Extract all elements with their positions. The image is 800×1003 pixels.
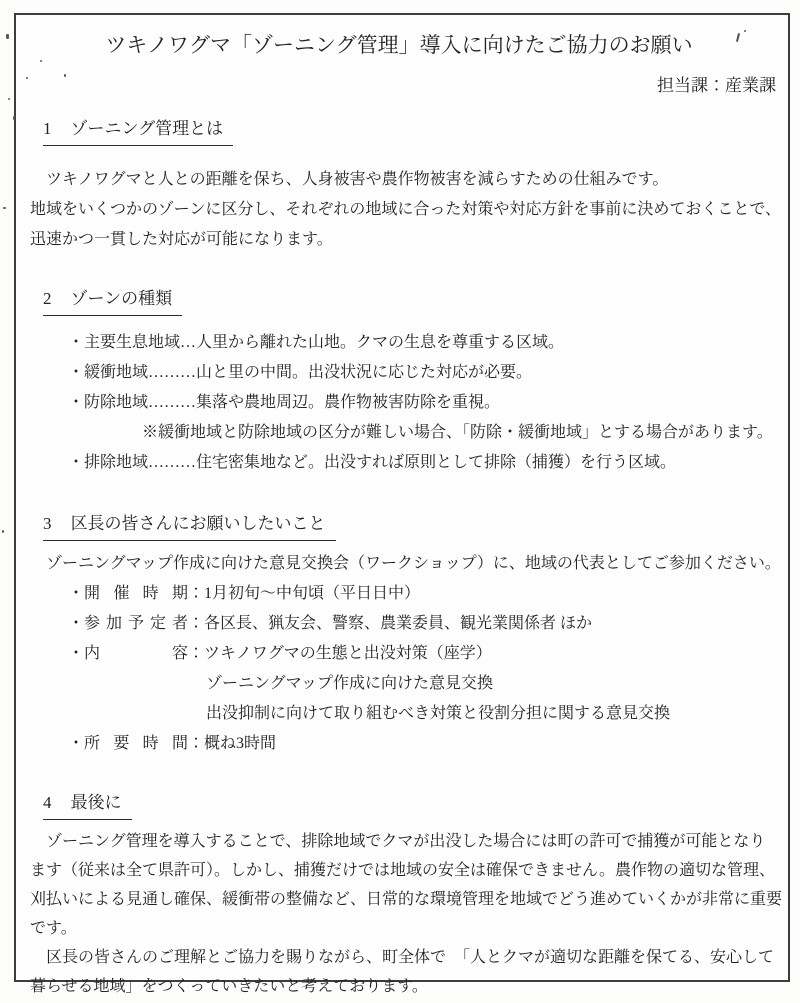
- zone-list: ・主要生息地域…人里から離れた山地。クマの生息を尊重する区域。 ・緩衝地域…………: [30, 328, 782, 478]
- detail-label: 内容: [84, 639, 188, 669]
- workshop-intro: ゾーニングマップ作成に向けた意見交換会（ワークショップ）に、地域の代表としてご参…: [30, 549, 782, 579]
- detail-continuation: 出没抑制に向けて取り組むべき対策と役割分担に関する意見交換: [206, 699, 782, 729]
- scanned-document-page: ツキノワグマ「ゾーニング管理」導入に向けたご協力のお願い 担当課：産業課 1ゾー…: [0, 0, 800, 1003]
- section-number: 4: [43, 793, 52, 812]
- detail-row: ・参加予定者：各区長、猟友会、警察、農業委員、観光業関係者 ほか: [68, 609, 782, 639]
- section-3-heading: 3区長の皆さんにお願いしたいこと: [43, 512, 782, 541]
- closing-paragraph-line: 刈払いによる見通し確保、緩衝帯の整備など、日常的な環境管理を地域でどう進めていく…: [30, 885, 782, 914]
- document-content: ツキノワグマ「ゾーニング管理」導入に向けたご協力のお願い 担当課：産業課 1ゾー…: [30, 30, 782, 1001]
- zone-item: ・防除地域………集落や農地周辺。農作物被害防除を重視。: [68, 388, 782, 418]
- detail-marker: ・: [68, 585, 84, 602]
- document-title: ツキノワグマ「ゾーニング管理」導入に向けたご協力のお願い: [30, 30, 782, 60]
- detail-marker: ・: [68, 645, 84, 662]
- zone-note: ※緩衝地域と防除地域の区分が難しい場合、「防除・緩衝地域」とする場合があります。: [142, 418, 782, 448]
- byline: 担当課：産業課: [30, 71, 782, 101]
- section-1-heading: 1ゾーニング管理とは: [43, 117, 782, 146]
- closing-paragraph-line: です。: [30, 914, 782, 943]
- scan-speck: [8, 98, 10, 100]
- section-4-underline: 4最後に: [43, 791, 132, 820]
- scan-speck: [3, 207, 6, 209]
- section-number: 1: [43, 119, 52, 138]
- section-3-underline: 3区長の皆さんにお願いしたいこと: [43, 512, 336, 541]
- zone-item: ・主要生息地域…人里から離れた山地。クマの生息を尊重する区域。: [68, 328, 782, 358]
- scan-speck: [13, 116, 15, 120]
- detail-marker: ・: [68, 615, 84, 632]
- detail-label: 所要時間: [84, 729, 188, 759]
- detail-value: 各区長、猟友会、警察、農業委員、観光業関係者 ほか: [204, 615, 592, 632]
- detail-colon: ：: [188, 585, 204, 602]
- closing-paragraph-line: ます（従来は全て県許可）。しかし、捕獲だけでは地域の安全は確保できません。農作物…: [30, 856, 782, 885]
- zone-item: ・排除地域………住宅密集地など。出没すれば原則として排除（捕獲）を行う区域。: [68, 448, 782, 478]
- section-number: 3: [43, 514, 52, 533]
- section-heading-text: 最後に: [71, 793, 122, 812]
- closing-paragraph-line: 区長の皆さんのご理解とご協力を賜りながら、町全体で 「人とクマが適切な距離を保て…: [30, 943, 782, 972]
- detail-value: 1月初旬～中旬頃（平日日中）: [204, 585, 420, 602]
- detail-colon: ：: [188, 645, 204, 662]
- detail-colon: ：: [188, 735, 204, 752]
- detail-colon: ：: [188, 615, 204, 632]
- scan-speck: [26, 77, 28, 79]
- paragraph-line: ツキノワグマと人との距離を保ち、人身被害や農作物被害を減らすための仕組みです。: [30, 165, 782, 195]
- section-2-underline: 2ゾーンの種類: [43, 287, 182, 316]
- closing-paragraph-line: 暮らせる地域」をつくっていきたいと考えております。: [30, 972, 782, 1001]
- detail-label: 参加予定者: [84, 609, 188, 639]
- section-heading-text: ゾーニング管理とは: [71, 119, 224, 138]
- scan-speck: [6, 34, 9, 39]
- detail-value: ツキノワグマの生態と出没対策（座学）: [204, 645, 492, 662]
- detail-continuation: ゾーニングマップ作成に向けた意見交換: [206, 669, 782, 699]
- detail-row: ・開催時期：1月初旬～中旬頃（平日日中）: [68, 579, 782, 609]
- closing-paragraph-line: ゾーニング管理を導入することで、排除地域でクマが出没した場合には町の許可で捕獲が…: [30, 827, 782, 856]
- section-1-underline: 1ゾーニング管理とは: [43, 117, 233, 146]
- scan-speck: [2, 530, 4, 533]
- section-2-heading: 2ゾーンの種類: [43, 287, 782, 316]
- detail-marker: ・: [68, 735, 84, 752]
- section-number: 2: [43, 289, 52, 308]
- detail-row: ・所要時間：概ね3時間: [68, 729, 782, 759]
- paragraph-line: 迅速かつ一貫した対応が可能になります。: [30, 225, 782, 255]
- detail-label: 開催時期: [84, 579, 188, 609]
- section-heading-text: ゾーンの種類: [71, 289, 173, 308]
- detail-value: 概ね3時間: [204, 735, 276, 752]
- section-heading-text: 区長の皆さんにお願いしたいこと: [71, 514, 326, 533]
- section-4-heading: 4最後に: [43, 791, 782, 820]
- paragraph-line: 地域をいくつかのゾーンに区分し、それぞれの地域に合った対策や対応方針を事前に決め…: [30, 195, 782, 225]
- zone-item: ・緩衝地域………山と里の中間。出没状況に応じた対応が必要。: [68, 358, 782, 388]
- detail-row: ・内容：ツキノワグマの生態と出没対策（座学）: [68, 639, 782, 669]
